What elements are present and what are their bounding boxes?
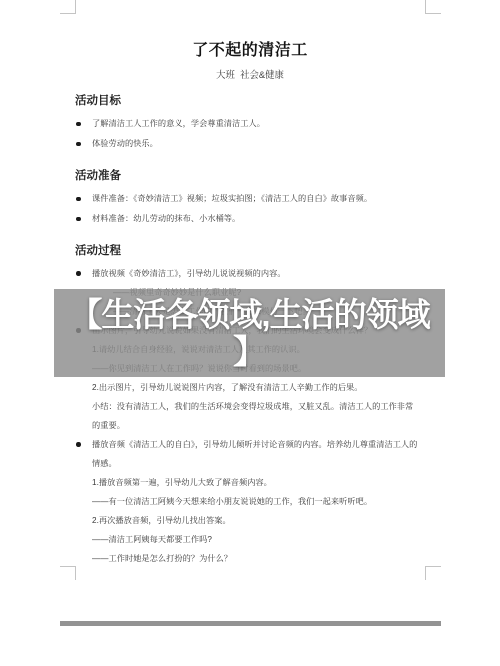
document-title: 了不起的清洁工	[0, 37, 500, 60]
headline-overlay-text-line2: 】	[54, 335, 445, 368]
section-heading: 活动准备	[75, 169, 421, 183]
section: 活动目标了解清洁工人工作的意义，学会尊重清洁工人。体验劳动的快乐。	[75, 94, 421, 154]
bullet-line: 播放音频《清洁工人的自白》，引导幼儿倾听并讨论音频的内容。培养幼儿尊重清洁工人的…	[75, 435, 421, 473]
sub-line: ——工作时她是怎么打扮的？为什么？	[75, 549, 421, 568]
bullet-icon	[76, 197, 81, 202]
section-heading: 活动过程	[75, 244, 421, 258]
headline-overlay-text-line1: 【生活各领域,生活的领域	[54, 292, 445, 338]
bullet-line: 材料准备：幼儿劳动的抹布、小水桶等。	[75, 209, 421, 229]
section-heading: 活动目标	[75, 94, 421, 108]
bullet-icon	[76, 271, 81, 276]
margin-mark-bottom-right	[425, 566, 441, 580]
bullet-line: 体验劳动的快乐。	[75, 134, 421, 154]
margin-mark-top-left	[60, 0, 76, 14]
bullet-line: 课件准备：《奇妙清洁工》视频；垃圾实拍图；《清洁工人的自白》故事音频。	[75, 189, 421, 209]
page-bottom-edge	[60, 621, 441, 626]
margin-mark-bottom-left	[60, 566, 76, 580]
bullet-line: 了解清洁工人工作的意义，学会尊重清洁工人。	[75, 114, 421, 134]
section: 活动准备课件准备：《奇妙清洁工》视频；垃圾实拍图；《清洁工人的自白》故事音频。材…	[75, 169, 421, 229]
sub-line: ——清洁工阿姨每天都要工作吗?	[75, 530, 421, 549]
sub-line: 2.出示图片，引导幼儿说说图片内容，了解没有清洁工人辛勤工作的后果。	[75, 378, 421, 397]
sub-line: 2.再次播放音频，引导幼儿找出答案。	[75, 511, 421, 530]
sub-line: ——有一位清洁工阿姨今天想来给小朋友说说她的工作，我们一起来听听吧。	[75, 492, 421, 511]
sub-line: 1.播放音频第一遍，引导幼儿大致了解音频内容。	[75, 473, 421, 492]
section-lines: 课件准备：《奇妙清洁工》视频；垃圾实拍图；《清洁工人的自白》故事音频。材料准备：…	[75, 189, 421, 229]
bullet-icon	[76, 442, 81, 447]
margin-mark-top-right	[425, 0, 441, 14]
section-lines: 了解清洁工人工作的意义，学会尊重清洁工人。体验劳动的快乐。	[75, 114, 421, 154]
headline-overlay-banner: 【生活各领域,生活的领域 】	[54, 289, 445, 377]
bullet-icon	[76, 142, 81, 147]
bullet-icon	[76, 217, 81, 222]
bullet-icon	[76, 122, 81, 127]
sub-line: 小结：没有清洁工人，我们的生活环境会变得垃圾成堆，又脏又乱。清洁工人的工作非常的…	[75, 397, 421, 435]
bullet-line: 播放视频《奇妙清洁工》，引导幼儿说说视频的内容。	[75, 264, 421, 283]
document-subtitle: 大班 社会&健康	[0, 67, 500, 81]
